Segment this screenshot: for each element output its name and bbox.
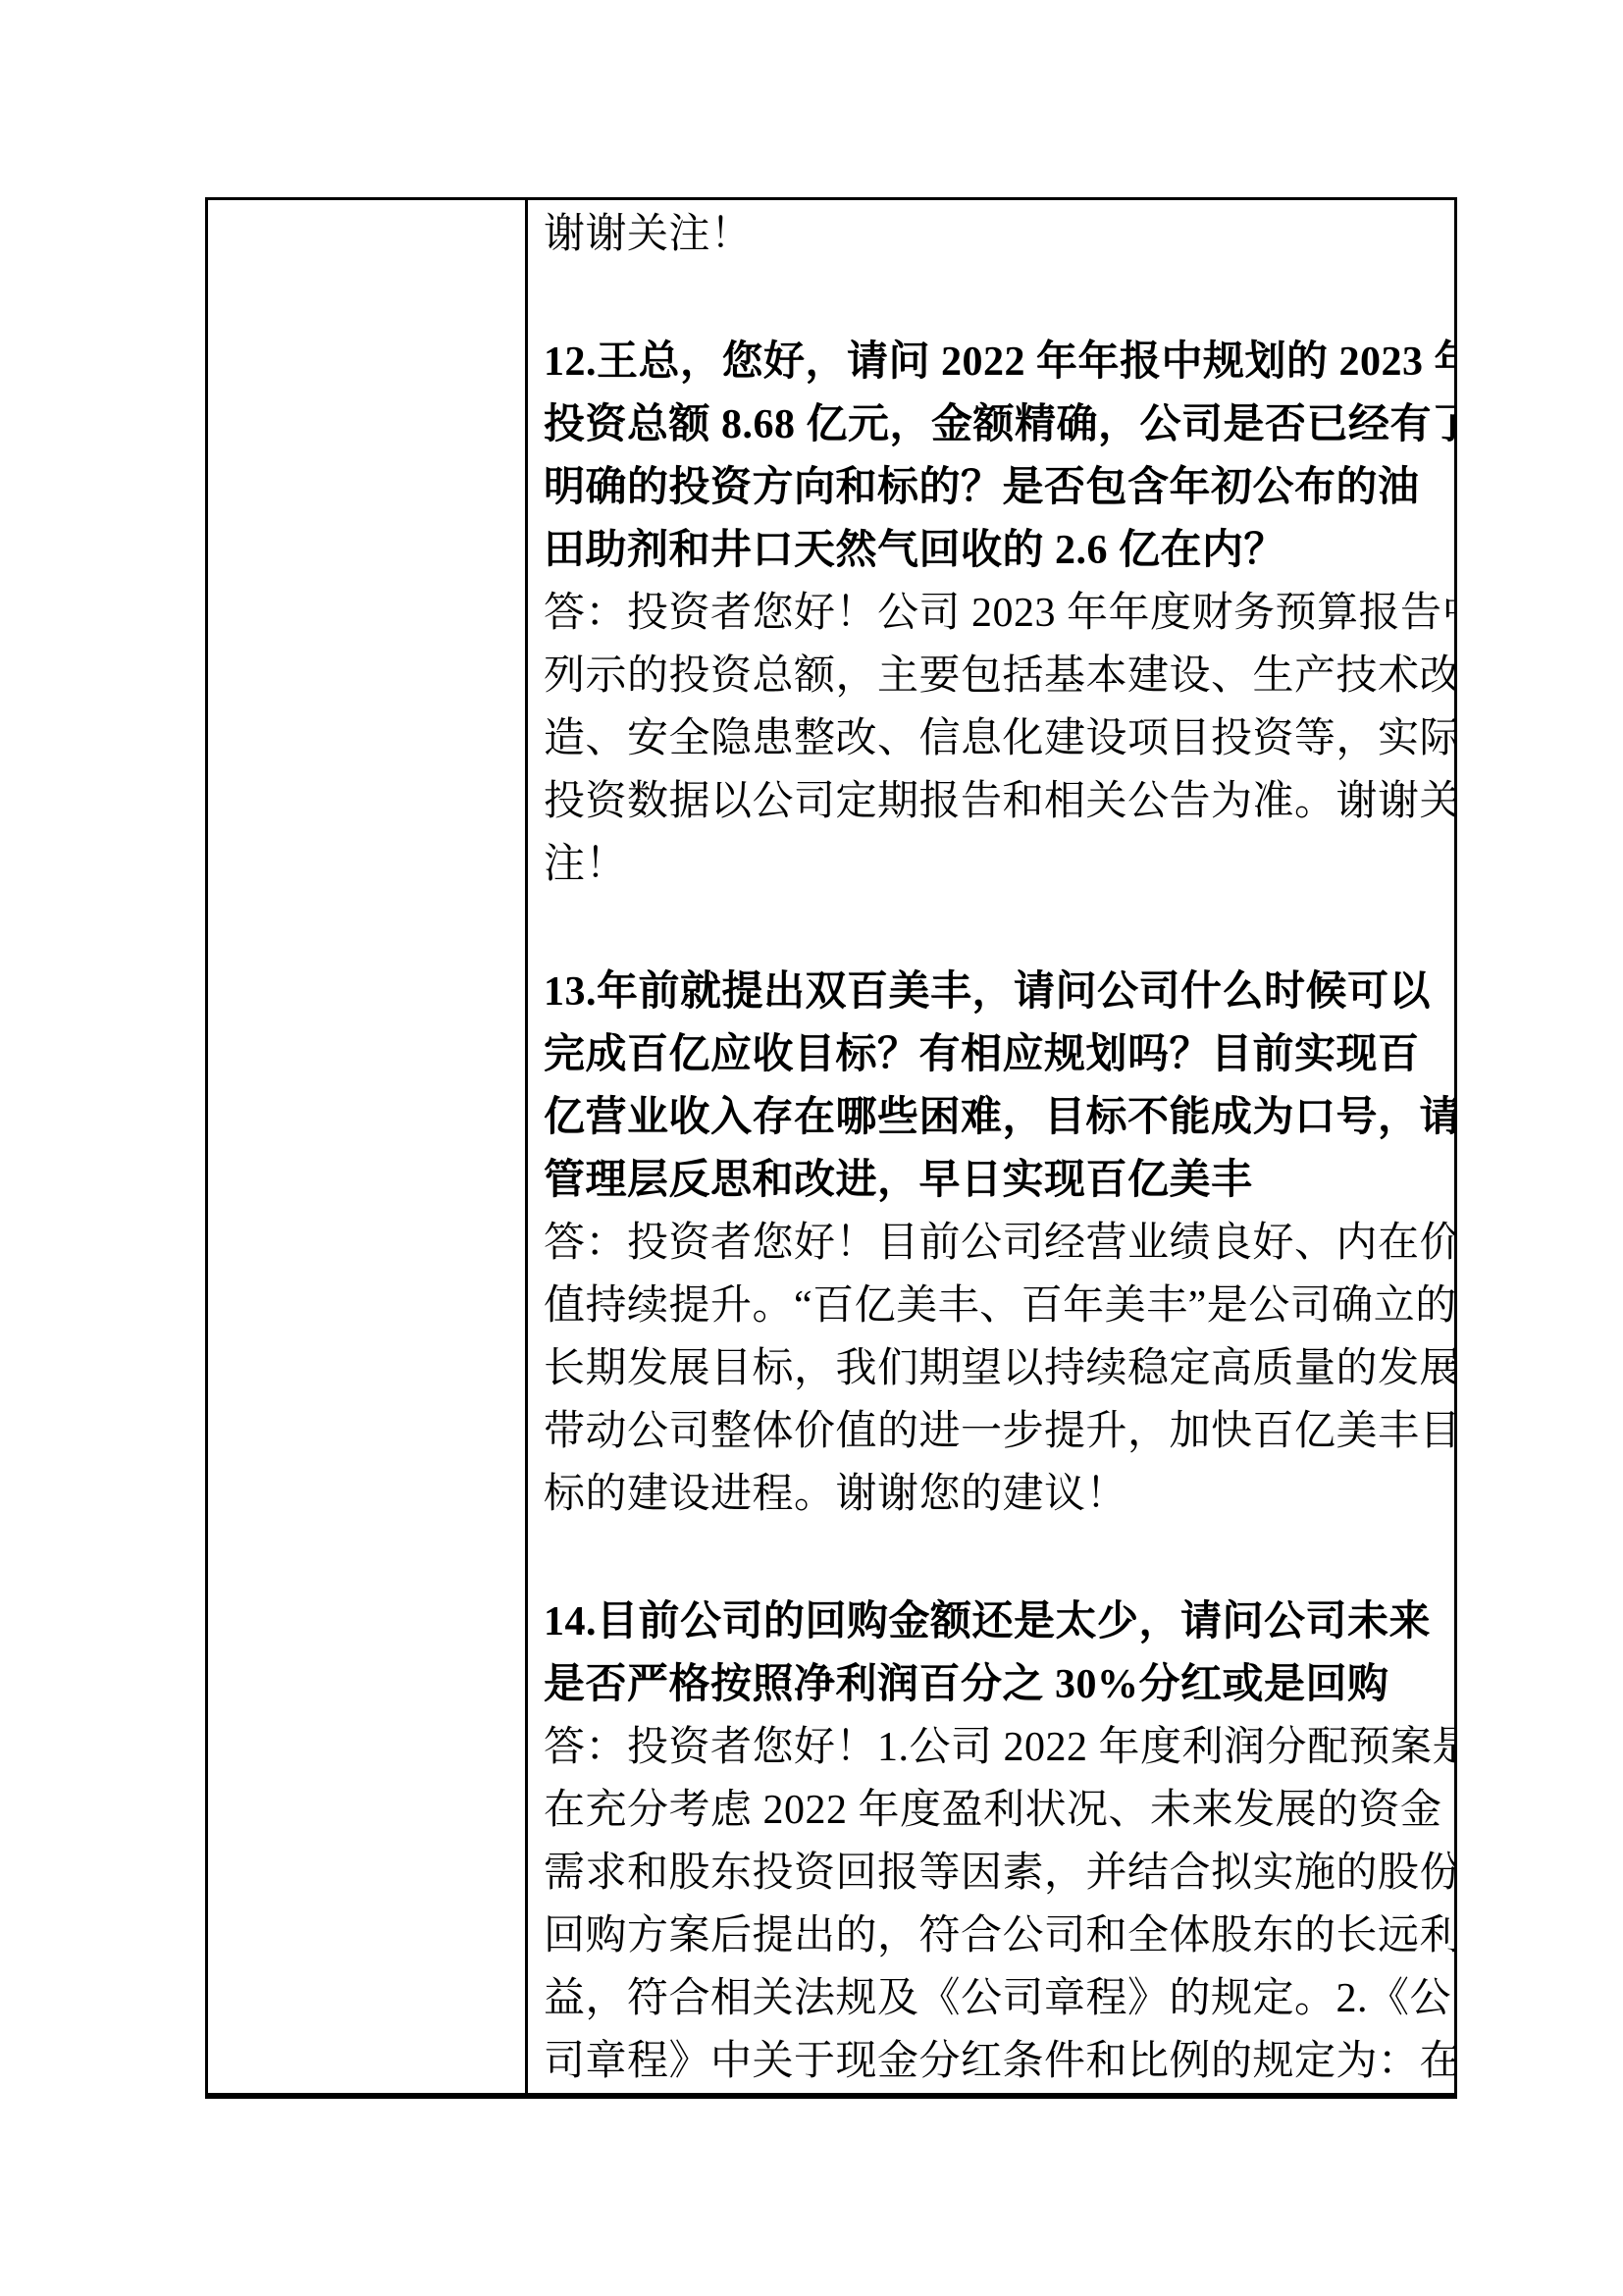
text-line: 司章程》中关于现金分红条件和比例的规定为：在 (544, 2030, 1448, 2093)
text-line: 答：投资者您好！公司 2023 年年度财务预算报告中 (544, 582, 1448, 645)
text-line: 需求和股东投资回报等因素，并结合拟实施的股份 (544, 1842, 1448, 1905)
qa-table: 谢谢关注！ 12.王总，您好，请问 2022 年年报中规划的 2023 年 投资… (205, 197, 1457, 2099)
answer-13-paragraph: 答：投资者您好！目前公司经营业绩良好、内在价 值持续提升。“百亿美丰、百年美丰”… (544, 1212, 1448, 1526)
text-line: 13.年前就提出双百美丰，请问公司什么时候可以 (544, 961, 1448, 1023)
answer-continuation-paragraph: 谢谢关注！ (544, 203, 1448, 266)
text-line: 田助剂和井口天然气回收的 2.6 亿在内？ (544, 519, 1448, 582)
text-line: 是否严格按照净利润百分之 30%分红或是回购 (544, 1653, 1448, 1716)
text-line: 带动公司整体价值的进一步提升，加快百亿美丰目 (544, 1400, 1448, 1463)
text-line: 亿营业收入存在哪些困难，目标不能成为口号，请 (544, 1086, 1448, 1149)
text-line: 12.王总，您好，请问 2022 年年报中规划的 2023 年 (544, 331, 1448, 393)
answer-14-paragraph: 答：投资者您好！1.公司 2022 年度利润分配预案是 在充分考虑 2022 年… (544, 1716, 1448, 2093)
text-line: 14.目前公司的回购金额还是太少，请问公司未来 (544, 1591, 1448, 1653)
text-line: 完成百亿应收目标？有相应规划吗？目前实现百 (544, 1023, 1448, 1086)
text-line: 益，符合相关法规及《公司章程》的规定。2.《公 (544, 1967, 1448, 2030)
question-14-paragraph: 14.目前公司的回购金额还是太少，请问公司未来 是否严格按照净利润百分之 30%… (544, 1591, 1448, 1716)
text-line: 在充分考虑 2022 年度盈利状况、未来发展的资金 (544, 1779, 1448, 1842)
text-line: 回购方案后提出的，符合公司和全体股东的长远利 (544, 1905, 1448, 1967)
text-line: 管理层反思和改进，早日实现百亿美丰 (544, 1149, 1448, 1212)
question-12-paragraph: 12.王总，您好，请问 2022 年年报中规划的 2023 年 投资总额 8.6… (544, 331, 1448, 582)
table-cell-left (208, 200, 528, 2093)
text-line: 造、安全隐患整改、信息化建设项目投资等，实际 (544, 707, 1448, 770)
answer-12-paragraph: 答：投资者您好！公司 2023 年年度财务预算报告中 列示的投资总额，主要包括基… (544, 582, 1448, 896)
text-line: 长期发展目标，我们期望以持续稳定高质量的发展 (544, 1337, 1448, 1400)
text-line: 值持续提升。“百亿美丰、百年美丰”是公司确立的 (544, 1275, 1448, 1337)
question-13-paragraph: 13.年前就提出双百美丰，请问公司什么时候可以 完成百亿应收目标？有相应规划吗？… (544, 961, 1448, 1212)
text-line: 明确的投资方向和标的？是否包含年初公布的油 (544, 456, 1448, 519)
text-line: 谢谢关注！ (544, 203, 1448, 266)
table-cell-right: 谢谢关注！ 12.王总，您好，请问 2022 年年报中规划的 2023 年 投资… (528, 200, 1454, 2093)
text-line: 注！ (544, 833, 1448, 896)
text-line: 答：投资者您好！目前公司经营业绩良好、内在价 (544, 1212, 1448, 1275)
text-line: 投资总额 8.68 亿元，金额精确，公司是否已经有了 (544, 393, 1448, 456)
document-page: 谢谢关注！ 12.王总，您好，请问 2022 年年报中规划的 2023 年 投资… (0, 0, 1623, 2296)
text-line: 答：投资者您好！1.公司 2022 年度利润分配预案是 (544, 1716, 1448, 1779)
text-line: 列示的投资总额，主要包括基本建设、生产技术改 (544, 645, 1448, 707)
text-line: 投资数据以公司定期报告和相关公告为准。谢谢关 (544, 770, 1448, 833)
text-line: 标的建设进程。谢谢您的建议！ (544, 1463, 1448, 1526)
